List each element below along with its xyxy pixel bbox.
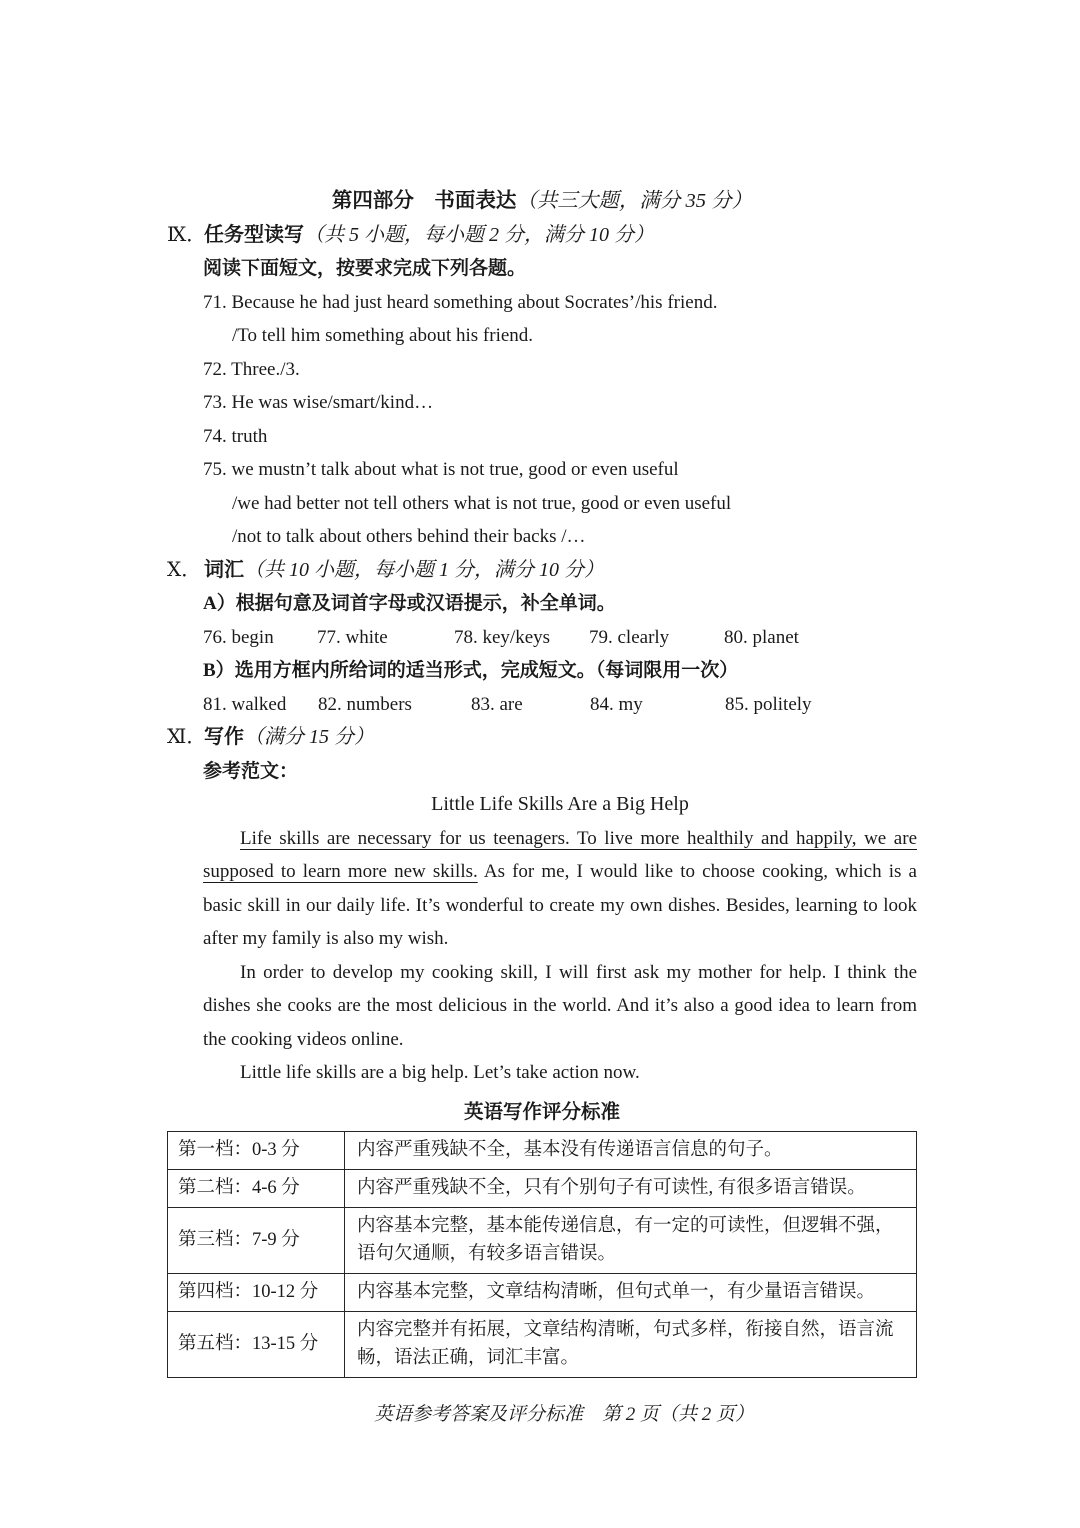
answer-line-72: 72. Three./3. [203,353,917,387]
rubric-row-3: 第三档：7-9 分 内容基本完整，基本能传递信息，有一定的可读性，但逻辑不强，语… [168,1208,917,1274]
answer-line-75c: /not to talk about others behind their b… [232,520,917,554]
section-11-note: （满分 15 分） [244,726,374,748]
rubric-desc-5: 内容完整并有拓展，文章结构清晰，句式多样，衔接自然，语言流畅，语法正确，词汇丰富… [345,1312,917,1378]
rubric-level-5: 第五档：13-15 分 [168,1312,345,1378]
page-footer: 英语参考答案及评分标准 第 2 页（共 2 页） [189,1398,939,1432]
part-b-prefix: B） [203,660,235,681]
essay-paragraph-3: Little life skills are a big help. Let’s… [203,1056,917,1090]
essay-body: Life skills are necessary for us teenage… [203,822,917,1090]
section-11-numeral: Ⅺ． [167,721,204,755]
rubric-level-4: 第四档：10-12 分 [168,1274,345,1312]
rubric-row-2: 第二档：4-6 分 内容严重残缺不全，只有个别句子有可读性, 有很多语言错误。 [168,1170,917,1208]
vocab-answer-79: 79. clearly [589,621,724,655]
vocab-answer-82: 82. numbers [318,688,471,722]
vocab-answer-83: 83. are [471,688,590,722]
section-9-numeral: Ⅸ． [167,219,204,253]
part-a-prefix: A） [203,593,236,614]
rubric-level-2: 第二档：4-6 分 [168,1170,345,1208]
section-10-numeral: Ⅹ． [167,554,204,588]
page-content: 第四部分 书面表达（共三大题，满分 35 分） Ⅸ．任务型读写（共 5 小题，每… [167,184,917,1432]
answer-line-74: 74. truth [203,420,917,454]
vocab-answer-85: 85. politely [725,688,917,722]
answer-line-71b: /To tell him something about his friend. [232,319,917,353]
rubric-level-1: 第一档：0-3 分 [168,1132,345,1170]
section-9-title: 任务型读写 [204,224,304,246]
part-a-label: A）根据句意及词首字母或汉语提示，补全单词。 [203,587,917,621]
rubric-desc-4: 内容基本完整，文章结构清晰，但句式单一，有少量语言错误。 [345,1274,917,1312]
essay-title: Little Life Skills Are a Big Help [203,788,917,822]
rubric-row-5: 第五档：13-15 分 内容完整并有拓展，文章结构清晰，句式多样，衔接自然，语言… [168,1312,917,1378]
reading-instruction: 阅读下面短文，按要求完成下列各题。 [203,252,917,286]
part-title-text: 第四部分 书面表达 [332,189,517,212]
part-a-text: 根据句意及词首字母或汉语提示，补全单词。 [236,593,616,614]
rubric-table: 第一档：0-3 分 内容严重残缺不全，基本没有传递语言信息的句子。 第二档：4-… [167,1131,917,1378]
vocab-row-a: 76. begin 77. white 78. key/keys 79. cle… [203,621,917,655]
answer-line-73: 73. He was wise/smart/kind… [203,386,917,420]
rubric-desc-3: 内容基本完整，基本能传递信息，有一定的可读性，但逻辑不强，语句欠通顺，有较多语言… [345,1208,917,1274]
rubric-level-3: 第三档：7-9 分 [168,1208,345,1274]
part-b-text: 选用方框内所给词的适当形式，完成短文。（每词限用一次） [235,660,739,681]
essay-paragraph-1: Life skills are necessary for us teenage… [203,822,917,956]
answer-line-71: 71. Because he had just heard something … [203,286,917,320]
model-essay-label: 参考范文： [203,755,917,789]
essay-paragraph-2: In order to develop my cooking skill, I … [203,956,917,1057]
section-10-note: （共 10 小题，每小题 1 分，满分 10 分） [244,559,604,581]
vocab-answer-84: 84. my [590,688,725,722]
exam-answer-page: 第四部分 书面表达（共三大题，满分 35 分） Ⅸ．任务型读写（共 5 小题，每… [0,0,1080,1528]
vocab-answer-76: 76. begin [203,621,317,655]
vocab-answer-77: 77. white [317,621,454,655]
part-title-note: （共三大题，满分 35 分） [516,190,752,212]
rubric-row-4: 第四档：10-12 分 内容基本完整，文章结构清晰，但句式单一，有少量语言错误。 [168,1274,917,1312]
section-9-note: （共 5 小题，每小题 2 分，满分 10 分） [304,224,654,246]
vocab-answer-80: 80. planet [724,621,917,655]
rubric-desc-1: 内容严重残缺不全，基本没有传递语言信息的句子。 [345,1132,917,1170]
answer-line-75b: /we had better not tell others what is n… [232,487,917,521]
section-9-heading: Ⅸ．任务型读写（共 5 小题，每小题 2 分，满分 10 分） [167,219,917,253]
part-b-label: B）选用方框内所给词的适当形式，完成短文。（每词限用一次） [203,654,917,688]
part-title: 第四部分 书面表达（共三大题，满分 35 分） [167,184,917,219]
rubric-row-1: 第一档：0-3 分 内容严重残缺不全，基本没有传递语言信息的句子。 [168,1132,917,1170]
rubric-desc-2: 内容严重残缺不全，只有个别句子有可读性, 有很多语言错误。 [345,1170,917,1208]
rubric-title: 英语写作评分标准 [167,1096,917,1130]
vocab-row-b: 81. walked 82. numbers 83. are 84. my 85… [203,688,917,722]
answer-line-75: 75. we mustn’t talk about what is not tr… [203,453,917,487]
section-11-title: 写作 [204,726,244,748]
section-10-title: 词汇 [204,559,244,581]
vocab-answer-78: 78. key/keys [454,621,589,655]
section-10-heading: Ⅹ．词汇（共 10 小题，每小题 1 分，满分 10 分） [167,554,917,588]
vocab-answer-81: 81. walked [203,688,318,722]
section-11-heading: Ⅺ．写作（满分 15 分） [167,721,917,755]
